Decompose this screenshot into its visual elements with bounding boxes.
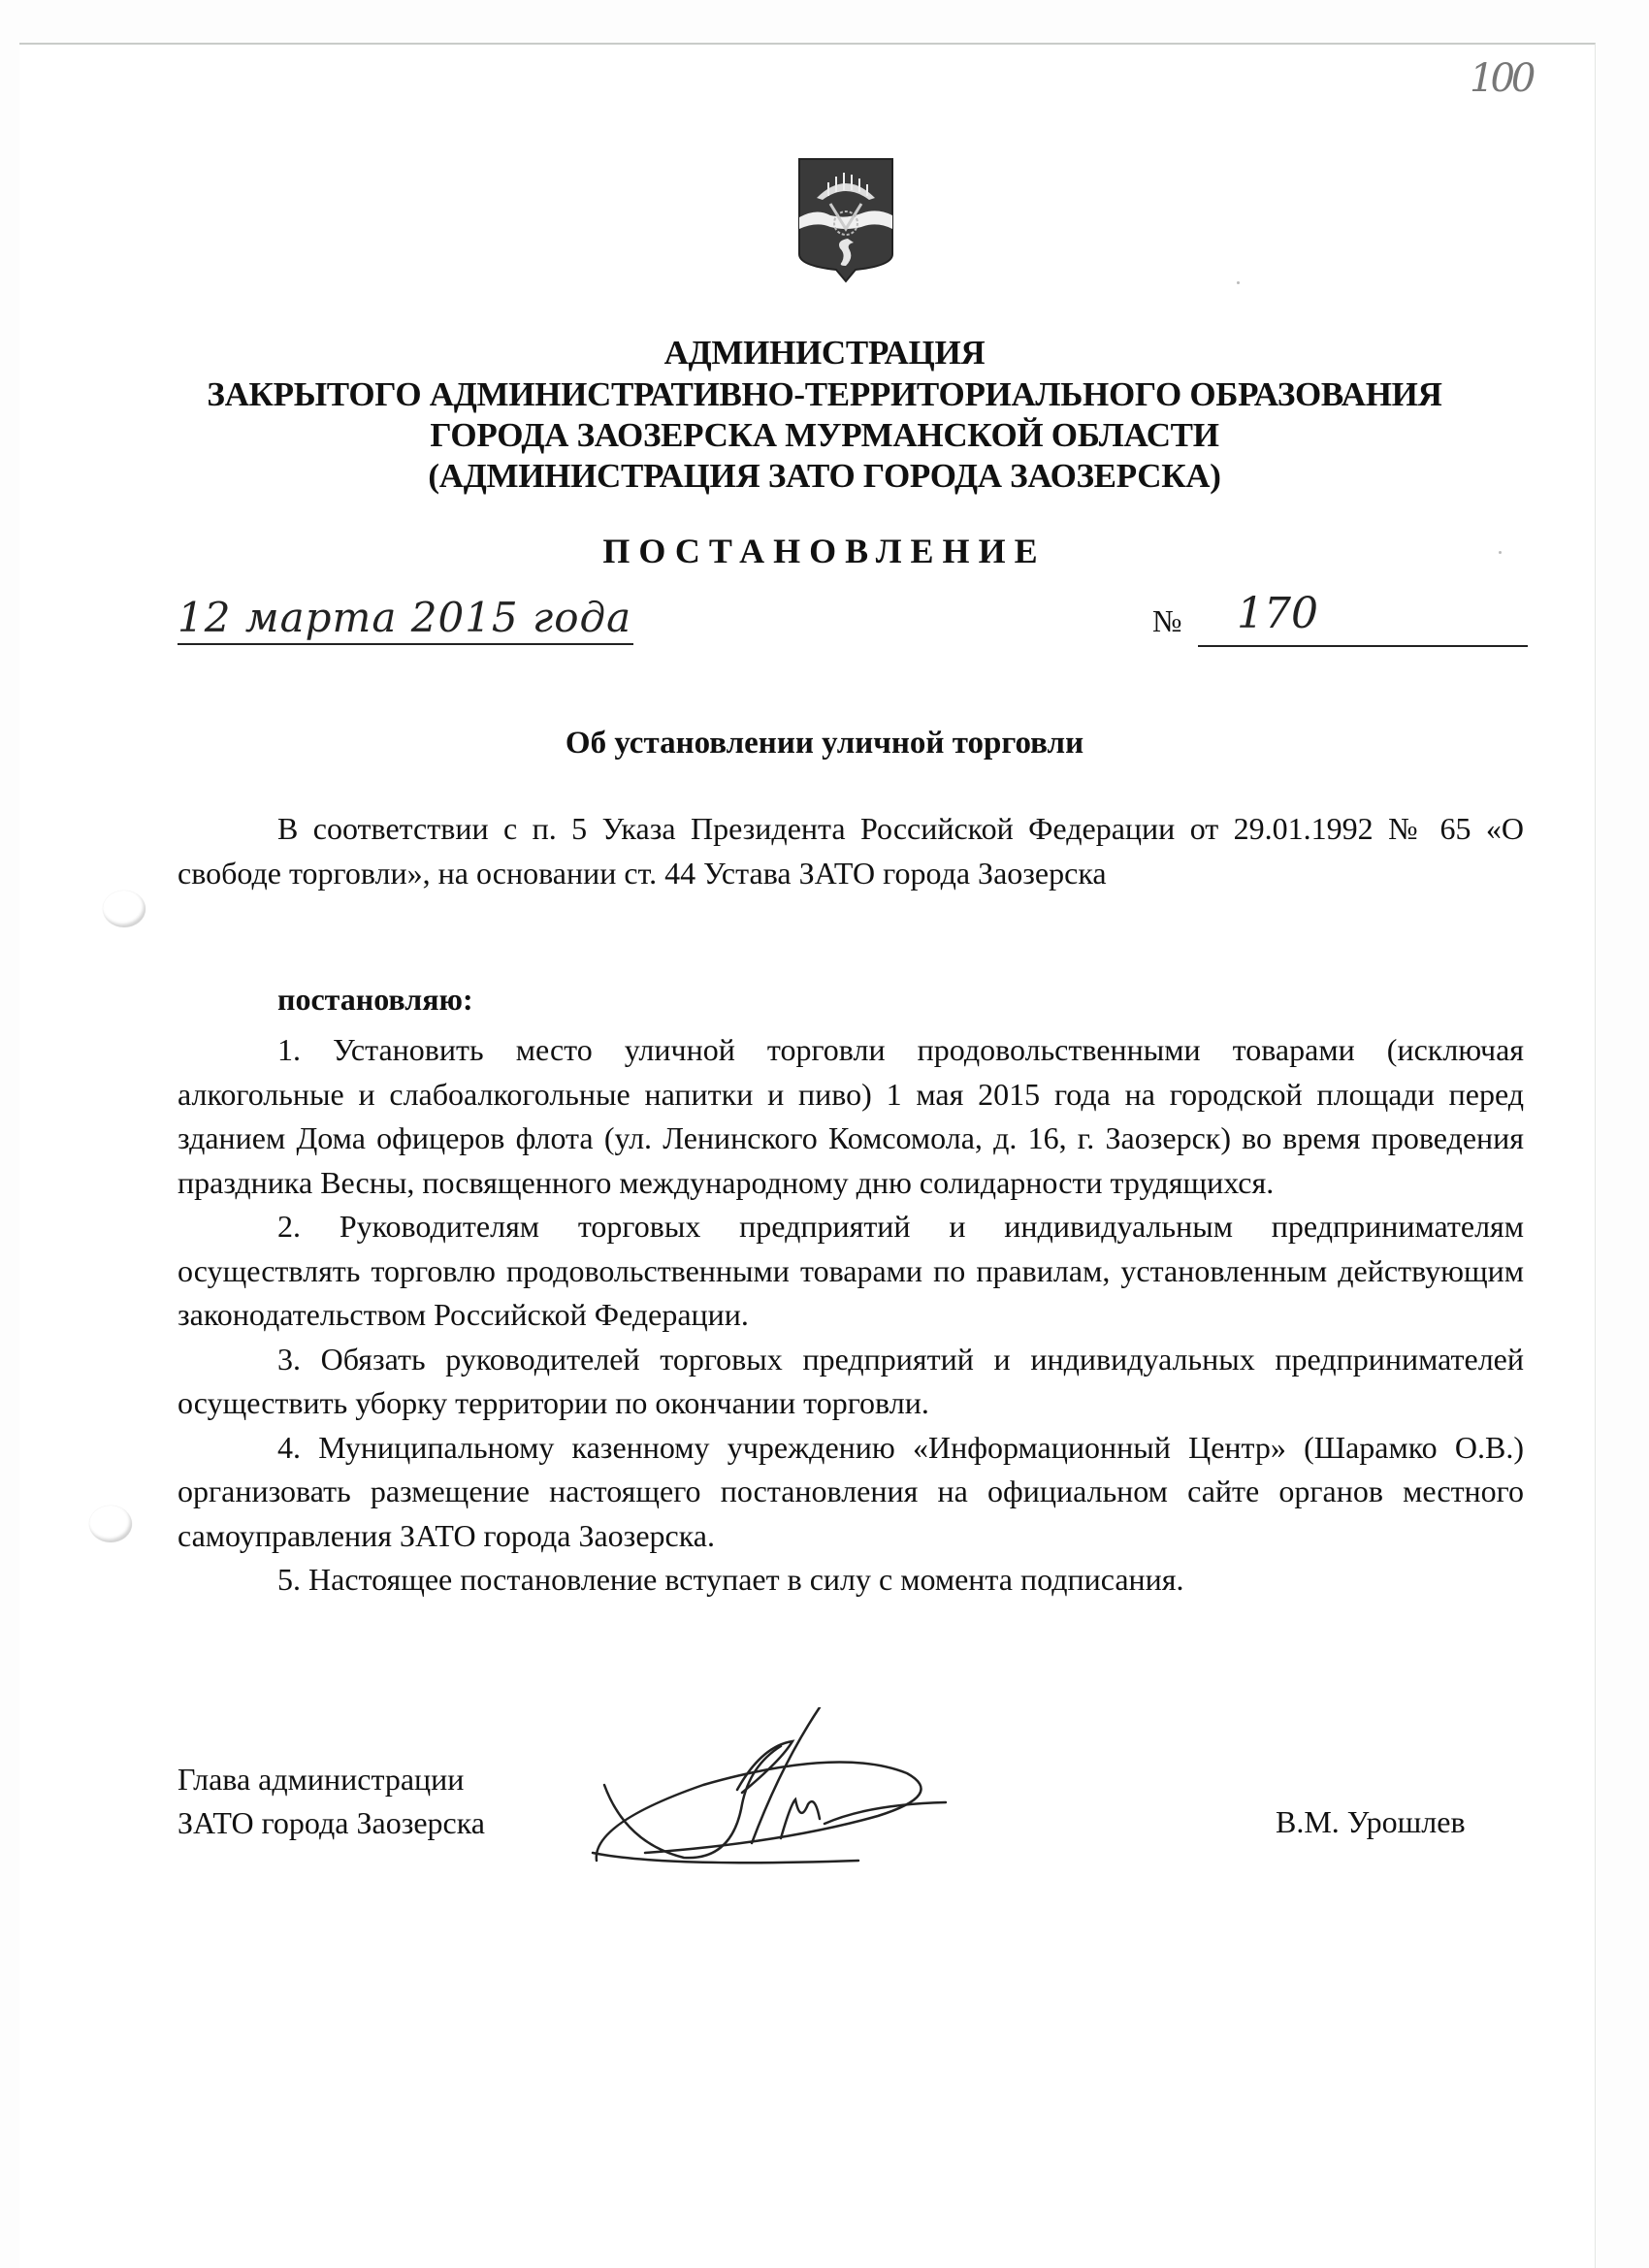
signatory-position-line-1: Глава администрации xyxy=(178,1758,485,1801)
decree-item-3: 3. Обязать руководителей торговых предпр… xyxy=(178,1338,1524,1426)
scan-speck xyxy=(1499,551,1502,554)
scan-speck xyxy=(1237,281,1240,284)
document-title: Об установлении уличной торговли xyxy=(0,726,1649,761)
coat-of-arms-icon xyxy=(797,157,894,283)
header-line-1: АДМИНИСТРАЦИЯ xyxy=(0,333,1649,373)
decree-items: 1. Установить место уличной торговли про… xyxy=(178,1028,1524,1603)
signatory-name: В.М. Урошлев xyxy=(1276,1804,1466,1840)
decree-word: постановляю: xyxy=(277,982,473,1018)
handwritten-signature-icon xyxy=(587,1707,1091,1887)
intro-paragraph: В соответствии с п. 5 Указа Президента Р… xyxy=(178,807,1524,895)
signatory-position: Глава администрации ЗАТО города Заозерск… xyxy=(178,1758,485,1845)
decree-item-2: 2. Руководителям торговых предприятий и … xyxy=(178,1205,1524,1338)
signatory-position-line-2: ЗАТО города Заозерска xyxy=(178,1801,485,1845)
document-type: ПОСТАНОВЛЕНИЕ xyxy=(0,531,1649,571)
hole-punch-icon xyxy=(89,1506,132,1542)
handwritten-page-number: 100 xyxy=(1470,56,1532,101)
decree-item-5: 5. Настоящее постановление вступает в си… xyxy=(178,1558,1524,1603)
hole-punch-icon xyxy=(103,891,145,927)
header-line-3: ГОРОДА ЗАОЗЕРСКА МУРМАНСКОЙ ОБЛАСТИ xyxy=(0,415,1649,456)
document-date: 12 марта 2015 года xyxy=(178,594,633,645)
header-line-2: ЗАКРЫТОГО АДМИНИСТРАТИВНО-ТЕРРИТОРИАЛЬНО… xyxy=(0,374,1649,415)
document-number: 170 xyxy=(1198,589,1528,647)
header-line-4: (АДМИНИСТРАЦИЯ ЗАТО ГОРОДА ЗАОЗЕРСКА) xyxy=(0,456,1649,497)
decree-item-4: 4. Муниципальному казенному учреждению «… xyxy=(178,1426,1524,1559)
number-sign: № xyxy=(1152,603,1182,639)
decree-item-1: 1. Установить место уличной торговли про… xyxy=(178,1028,1524,1205)
